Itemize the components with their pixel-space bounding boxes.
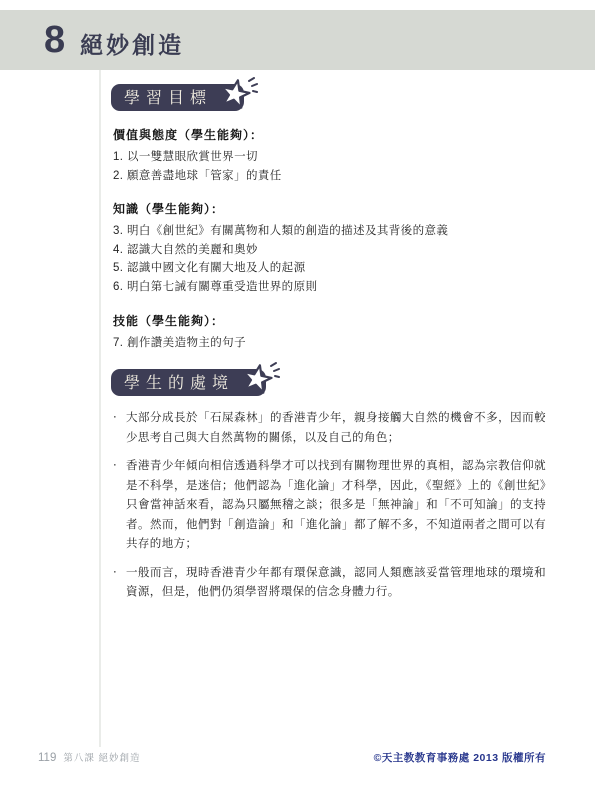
objective-item: 6. 明白第七誡有關尊重受造世界的原則 <box>113 278 546 297</box>
page-number: 119 <box>38 752 56 764</box>
page-label: 第八課 絕妙創造 <box>63 750 140 764</box>
document-page: 8 絕妙創造 學習目標 價值與態度（學生能夠）： 1. 以一雙慧眼欣賞世界一切 … <box>0 0 595 794</box>
star-icon <box>219 76 259 113</box>
footer-page-info: 119 第八課 絕妙創造 <box>38 750 140 764</box>
section-banner-objectives: 學習目標 <box>111 84 244 111</box>
lesson-header: 8 絕妙創造 <box>0 10 595 70</box>
objective-item: 5. 認識中國文化有關大地及人的起源 <box>113 259 546 278</box>
objective-item: 1. 以一雙慧眼欣賞世界一切 <box>113 148 546 167</box>
objectives-section: 價值與態度（學生能夠）： 1. 以一雙慧眼欣賞世界一切 2. 願意善盡地球「管家… <box>110 126 546 352</box>
objective-item: 2. 願意善盡地球「管家」的責任 <box>113 167 546 186</box>
star-icon <box>241 361 281 398</box>
objectives-group-skills: 技能（學生能夠）： 7. 創作讚美造物主的句子 <box>110 312 546 353</box>
section-banner-objectives-label: 學習目標 <box>124 89 212 106</box>
bullet-text: 香港青少年傾向相信透過科學才可以找到有關物理世界的真相，認為宗教信仰就是不科學，… <box>126 457 546 555</box>
objective-item: 7. 創作讚美造物主的句子 <box>113 334 546 353</box>
group-heading: 價值與態度（學生能夠）： <box>113 126 546 143</box>
bullet-marker: ‧ <box>113 457 126 555</box>
bullet-marker: ‧ <box>113 564 126 603</box>
bullet-text: 一般而言，現時香港青少年都有環保意識，認同人類應該妥當管理地球的環境和資源，但是… <box>126 564 546 603</box>
copyright-notice: ©天主教教育事務處 2013 版權所有 <box>374 750 546 765</box>
page-content: 學習目標 價值與態度（學生能夠）： 1. 以一雙慧眼欣賞世界一切 2. 願意善盡… <box>110 84 546 612</box>
objectives-group-knowledge: 知識（學生能夠）： 3. 明白《創世紀》有關萬物和人類的創造的描述及其背後的意義… <box>110 200 546 296</box>
bullet-marker: ‧ <box>113 409 126 448</box>
objective-item: 4. 認識大自然的美麗和奧妙 <box>113 241 546 260</box>
bullet-text: 大部分成長於「石屎森林」的香港青少年，親身接觸大自然的機會不多，因而較少思考自己… <box>126 409 546 448</box>
group-heading: 知識（學生能夠）： <box>113 200 546 217</box>
situation-bullet: ‧ 一般而言，現時香港青少年都有環保意識，認同人類應該妥當管理地球的環境和資源，… <box>113 564 546 603</box>
section-banner-situation-label: 學生的處境 <box>124 374 234 391</box>
objectives-group-values: 價值與態度（學生能夠）： 1. 以一雙慧眼欣賞世界一切 2. 願意善盡地球「管家… <box>110 126 546 185</box>
situation-section: ‧ 大部分成長於「石屎森林」的香港青少年，親身接觸大自然的機會不多，因而較少思考… <box>110 409 546 603</box>
group-heading: 技能（學生能夠）： <box>113 312 546 329</box>
situation-bullet: ‧ 大部分成長於「石屎森林」的香港青少年，親身接觸大自然的機會不多，因而較少思考… <box>113 409 546 448</box>
lesson-number: 8 <box>44 21 65 59</box>
situation-bullet: ‧ 香港青少年傾向相信透過科學才可以找到有關物理世界的真相，認為宗教信仰就是不科… <box>113 457 546 555</box>
lesson-title: 絕妙創造 <box>80 21 184 60</box>
margin-rule <box>99 70 101 747</box>
section-banner-situation: 學生的處境 <box>111 369 266 396</box>
objective-item: 3. 明白《創世紀》有關萬物和人類的創造的描述及其背後的意義 <box>113 222 546 241</box>
